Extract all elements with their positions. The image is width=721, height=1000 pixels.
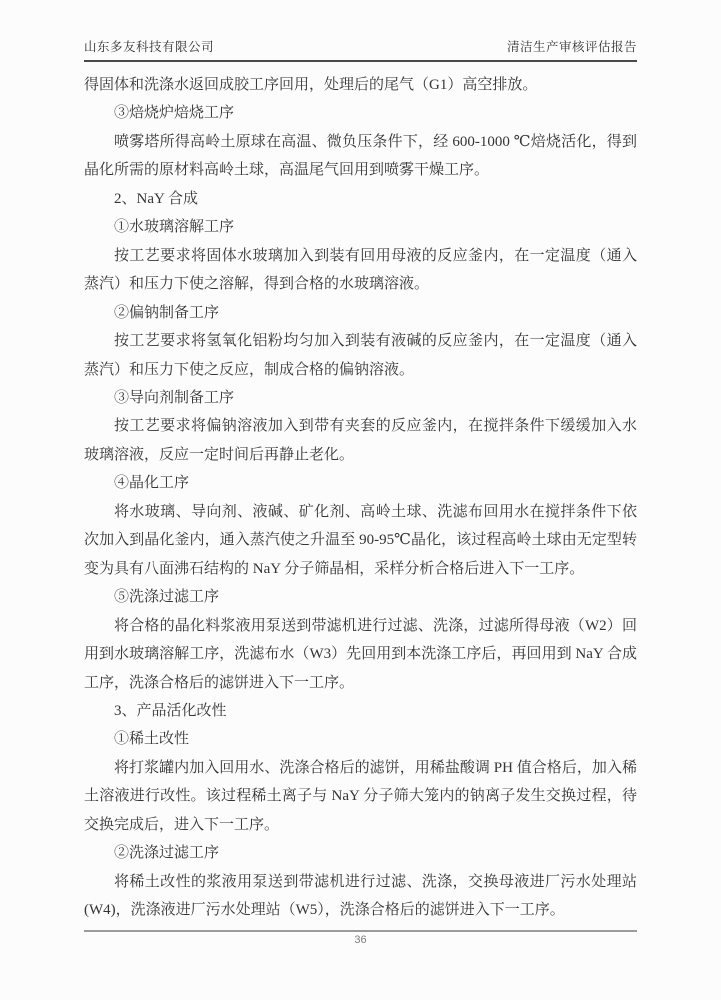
body-paragraph: 按工艺要求将偏钠溶液加入到带有夹套的反应釜内，在搅拌条件下缓缓加入水玻璃溶液，反… <box>84 412 637 469</box>
body-paragraph: 按工艺要求将固体水玻璃加入到装有回用母液的反应釜内，在一定温度（通入蒸汽）和压力… <box>84 242 637 299</box>
body-paragraph: 将打浆罐内加入回用水、洗涤合格后的滤饼，用稀盐酸调 PH 值合格后，加入稀土溶液… <box>84 754 637 839</box>
step-heading: ③焙烧炉焙烧工序 <box>84 99 637 127</box>
step-heading: ⑤洗涤过滤工序 <box>84 583 637 611</box>
step-heading: ②偏钠制备工序 <box>84 299 637 327</box>
header-report-title: 清洁生产审核评估报告 <box>507 37 637 55</box>
footer-divider <box>84 930 637 932</box>
page-header: 山东多友科技有限公司 清洁生产审核评估报告 <box>84 37 637 62</box>
step-heading: ③导向剂制备工序 <box>84 384 637 412</box>
header-company-name: 山东多友科技有限公司 <box>84 37 214 55</box>
body-paragraph: 将合格的晶化料浆液用泵送到带滤机进行过滤、洗涤，过滤所得母液（W2）回用到水玻璃… <box>84 612 637 697</box>
document-page: 山东多友科技有限公司 清洁生产审核评估报告 得固体和洗涤水返回成胶工序回用，处理… <box>0 0 721 1000</box>
body-paragraph: 喷雾塔所得高岭土原球在高温、微负压条件下，经 600-1000 ℃焙烧活化，得到… <box>84 128 637 185</box>
step-heading: ①稀土改性 <box>84 725 637 753</box>
page-number: 36 <box>0 934 721 946</box>
section-heading: 3、产品活化改性 <box>84 697 637 725</box>
body-paragraph: 将水玻璃、导向剂、液碱、矿化剂、高岭土球、洗滤布回用水在搅拌条件下依次加入到晶化… <box>84 498 637 583</box>
body-paragraph: 按工艺要求将氢氧化铝粉均匀加入到装有液碱的反应釜内，在一定温度（通入蒸汽）和压力… <box>84 327 637 384</box>
section-heading: 2、NaY 合成 <box>84 185 637 213</box>
step-heading: ①水玻璃溶解工序 <box>84 213 637 241</box>
body-paragraph: 将稀土改性的浆液用泵送到带滤机进行过滤、洗涤，交换母液进厂污水处理站(W4)，洗… <box>84 868 637 925</box>
step-heading: ②洗涤过滤工序 <box>84 839 637 867</box>
document-body: 得固体和洗涤水返回成胶工序回用，处理后的尾气（G1）高空排放。 ③焙烧炉焙烧工序… <box>84 71 637 925</box>
step-heading: ④晶化工序 <box>84 469 637 497</box>
body-paragraph: 得固体和洗涤水返回成胶工序回用，处理后的尾气（G1）高空排放。 <box>84 71 637 99</box>
